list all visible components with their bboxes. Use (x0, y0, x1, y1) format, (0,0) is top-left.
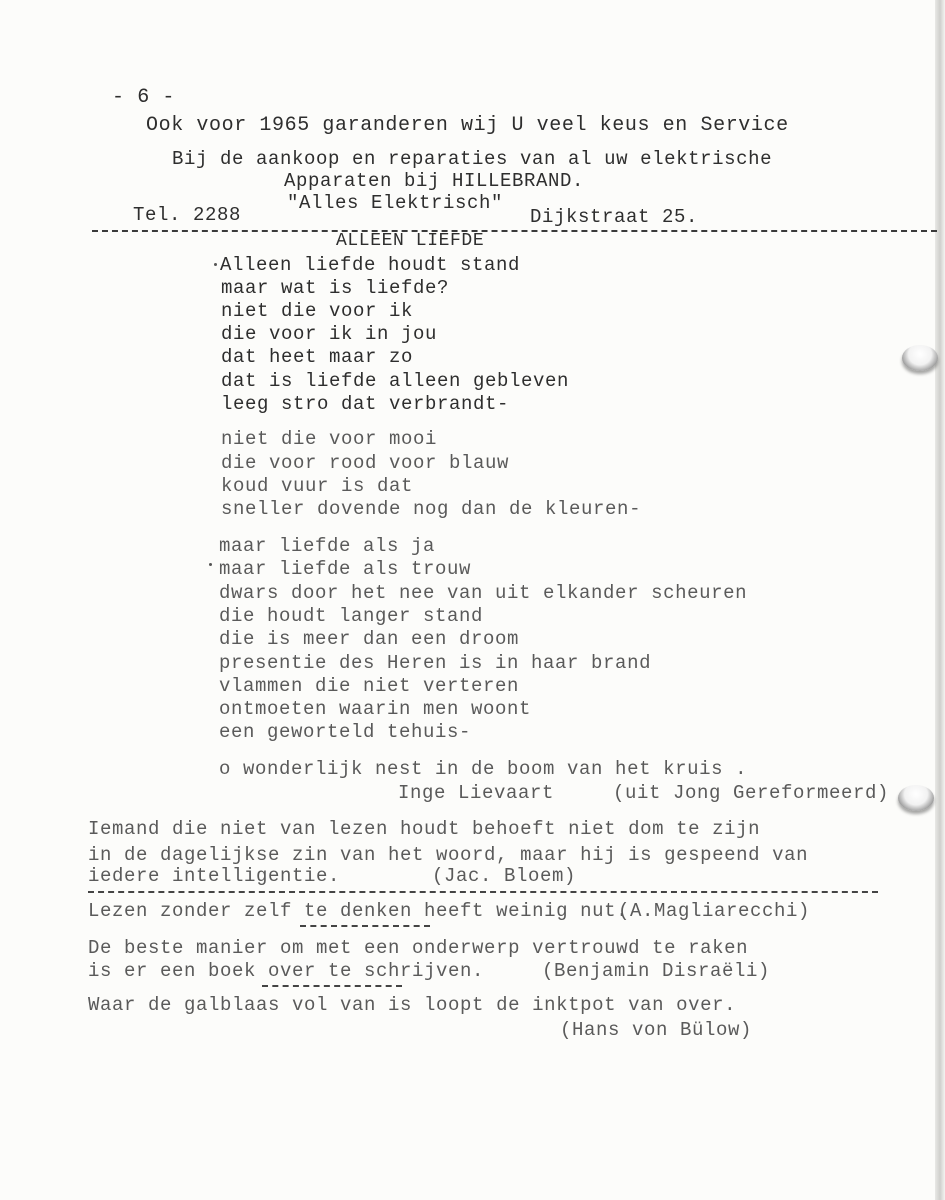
poem-title: ALLEEN LIEFDE (336, 232, 484, 250)
quote-attribution: (A.Magliarecchi) (618, 902, 810, 921)
quote-line: De beste manier om met een onderwerp ver… (88, 939, 748, 958)
poem-line: maar wat is liefde? (221, 279, 449, 298)
poem-line: dat is liefde alleen gebleven (221, 372, 569, 391)
ad-slogan: "Alles Elektrisch" (287, 194, 503, 213)
poem-line: dat heet maar zo (221, 348, 413, 367)
quote-line: Lezen zonder zelf te denken heeft weinig… (88, 902, 628, 921)
poem-line: die voor ik in jou (221, 325, 437, 344)
quote-line: in de dagelijkse zin van het woord, maar… (88, 846, 808, 865)
poem-line: die is meer dan een droom (219, 630, 519, 649)
page-edge (935, 0, 945, 1200)
quote-line: Iemand die niet van lezen houdt behoeft … (88, 820, 760, 839)
quote-line: Waar de galblaas vol van is loopt de ink… (88, 996, 736, 1015)
quote-attribution: (Benjamin Disraëli) (542, 962, 770, 981)
stray-mark (214, 263, 217, 266)
quote-attribution: (Hans von Bülow) (560, 1021, 752, 1040)
quote-attribution: (Jac. Bloem) (432, 867, 576, 886)
quote-line: is er een boek over te schrijven. (88, 962, 484, 981)
poem-line: een geworteld tehuis- (219, 723, 471, 742)
ad-line-3: Apparaten bij HILLEBRAND. (284, 172, 584, 191)
ad-phone: Tel. 2288 (133, 206, 241, 225)
punch-hole-bottom (898, 785, 934, 811)
poem-line: niet die voor ik (221, 302, 413, 321)
poem-line: o wonderlijk nest in de boom van het kru… (219, 760, 747, 779)
poem-line: die voor rood voor blauw (221, 454, 509, 473)
poem-author: Inge Lievaart (398, 784, 554, 803)
poem-line: niet die voor mooi (221, 430, 437, 449)
underline-dashes (300, 925, 430, 927)
page-number: - 6 - (112, 88, 175, 108)
poem-line: ontmoeten waarin men woont (219, 700, 531, 719)
ad-address: Dijkstraat 25. (530, 208, 698, 227)
poem-line: Alleen liefde houdt stand (220, 256, 520, 275)
poem-line: dwars door het nee van uit elkander sche… (219, 584, 747, 603)
poem-line: die houdt langer stand (219, 607, 483, 626)
underline-dashes (262, 985, 402, 987)
poem-line: maar liefde als trouw (219, 560, 471, 579)
poem-line: vlammen die niet verteren (219, 677, 519, 696)
quote-line: iedere intelligentie. (88, 867, 340, 886)
typewritten-page: - 6 - Ook voor 1965 garanderen wij U vee… (0, 0, 945, 1200)
poem-line: koud vuur is dat (221, 477, 413, 496)
ad-line-1: Ook voor 1965 garanderen wij U veel keus… (146, 116, 789, 136)
stray-mark (209, 563, 212, 566)
ad-line-2: Bij de aankoop en reparaties van al uw e… (172, 150, 772, 169)
punch-hole-top (902, 345, 938, 371)
header-divider (92, 230, 937, 232)
poem-line: presentie des Heren is in haar brand (219, 654, 651, 673)
poem-line: maar liefde als ja (219, 537, 435, 556)
poem-line: leeg stro dat verbrandt- (221, 395, 509, 414)
separator-dashes (88, 891, 878, 893)
poem-source: (uit Jong Gereformeerd) (613, 784, 889, 803)
poem-line: sneller dovende nog dan de kleuren- (221, 500, 641, 519)
